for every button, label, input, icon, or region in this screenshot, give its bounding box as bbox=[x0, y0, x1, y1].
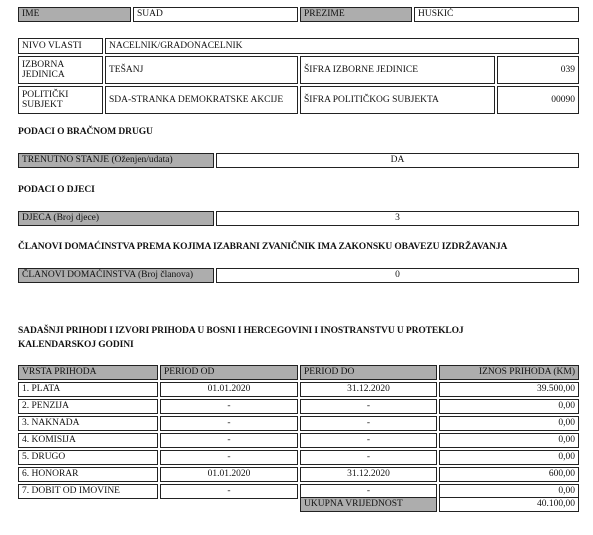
income-row-4-vrsta: 4. KOMISIJA bbox=[18, 433, 158, 448]
nivo-vlasti-value: NACELNIK/GRADONACELNIK bbox=[105, 38, 579, 54]
nivo-vlasti-label: NIVO VLASTI bbox=[18, 38, 103, 54]
total-label: UKUPNA VRIJEDNOST bbox=[300, 497, 437, 512]
spouse-status-label: TRENUTNO STANJE (Oženjen/udata) bbox=[18, 153, 214, 168]
children-count-value: 3 bbox=[216, 211, 579, 226]
income-row-2-od: - bbox=[160, 399, 298, 414]
izborna-jedinica-value: TEŠANJ bbox=[105, 56, 298, 84]
income-row-3-do: - bbox=[300, 416, 437, 431]
income-header-3: PERIOD DO bbox=[300, 365, 437, 380]
income-header-4: IZNOS PRIHODA (KM) bbox=[439, 365, 579, 380]
children-heading: PODACI O DJECI bbox=[18, 185, 95, 195]
income-row-7-vrsta: 7. DOBIT OD IMOVINE bbox=[18, 484, 158, 499]
income-row-1-vrsta: 1. PLATA bbox=[18, 382, 158, 397]
income-row-5-od: - bbox=[160, 450, 298, 465]
income-row-1-iznos: 39.500,00 bbox=[439, 382, 579, 397]
sifra-politickog-subjekta-value: 00090 bbox=[497, 86, 579, 114]
prezime-value: HUSKIĆ bbox=[414, 7, 579, 22]
income-row-1-do: 31.12.2020 bbox=[300, 382, 437, 397]
income-row-2-vrsta: 2. PENZIJA bbox=[18, 399, 158, 414]
spouse-heading: PODACI O BRAČNOM DRUGU bbox=[18, 127, 153, 137]
income-row-6-do: 31.12.2020 bbox=[300, 467, 437, 482]
household-heading: ČLANOVI DOMAĆINSTVA PREMA KOJIMA IZABRAN… bbox=[18, 242, 507, 252]
income-row-3-od: - bbox=[160, 416, 298, 431]
politicki-subjekt-value: SDA-STRANKA DEMOKRATSKE AKCIJE bbox=[105, 86, 298, 114]
sifra-politickog-subjekta-label: ŠIFRA POLITIČKOG SUBJEKTA bbox=[300, 86, 495, 114]
income-row-5-iznos: 0,00 bbox=[439, 450, 579, 465]
sifra-izborne-jedinice-label: ŠIFRA IZBORNE JEDINICE bbox=[300, 56, 495, 84]
politicki-subjekt-label: POLITIČKI SUBJEKT bbox=[18, 86, 103, 114]
izborna-jedinica-label: IZBORNA JEDINICA bbox=[18, 56, 103, 84]
income-row-2-do: - bbox=[300, 399, 437, 414]
income-row-2-iznos: 0,00 bbox=[439, 399, 579, 414]
income-heading: SADAŠNJI PRIHODI I IZVORI PRIHODA U BOSN… bbox=[18, 324, 518, 352]
income-row-3-vrsta: 3. NAKNADA bbox=[18, 416, 158, 431]
income-row-5-do: - bbox=[300, 450, 437, 465]
income-row-6-od: 01.01.2020 bbox=[160, 467, 298, 482]
income-row-4-iznos: 0,00 bbox=[439, 433, 579, 448]
ime-value: SUAD bbox=[133, 7, 298, 22]
prezime-label: PREZIME bbox=[300, 7, 412, 22]
income-row-7-od: - bbox=[160, 484, 298, 499]
income-row-1-od: 01.01.2020 bbox=[160, 382, 298, 397]
income-row-4-do: - bbox=[300, 433, 437, 448]
income-row-3-iznos: 0,00 bbox=[439, 416, 579, 431]
income-row-6-vrsta: 6. HONORAR bbox=[18, 467, 158, 482]
children-count-label: DJECA (Broj djece) bbox=[18, 211, 214, 226]
income-row-4-od: - bbox=[160, 433, 298, 448]
household-count-value: 0 bbox=[216, 268, 579, 283]
income-header-1: VRSTA PRIHODA bbox=[18, 365, 158, 380]
household-count-label: ČLANOVI DOMAĆINSTVA (Broj članova) bbox=[18, 268, 214, 283]
sifra-izborne-jedinice-value: 039 bbox=[497, 56, 579, 84]
income-header-2: PERIOD OD bbox=[160, 365, 298, 380]
spouse-status-value: DA bbox=[216, 153, 579, 168]
ime-label: IME bbox=[18, 7, 131, 22]
total-value: 40.100,00 bbox=[439, 497, 579, 512]
income-row-6-iznos: 600,00 bbox=[439, 467, 579, 482]
income-row-5-vrsta: 5. DRUGO bbox=[18, 450, 158, 465]
